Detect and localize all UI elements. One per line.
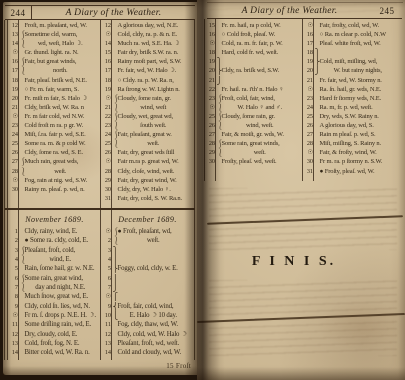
- day-number: 28: [205, 139, 217, 148]
- day-number: ☉: [101, 227, 113, 236]
- right-page: A Diary of the Weather. 245 15 Fr. m. ha…: [197, 0, 405, 380]
- diary-entry: 3 ⎰ Pleaſant, froſt, cold,: [8, 246, 101, 255]
- entry-text: weſt.: [117, 139, 194, 148]
- entry-text: Pleaſant, froſt, wd, weſt.: [117, 339, 194, 348]
- entry-text: Fr. miſt m fair, S. Halo ☽: [24, 94, 101, 103]
- entry-text: ○ Cldy. ra. p. W. Ra. n,: [117, 76, 194, 85]
- section-rule: [5, 208, 195, 210]
- day-number: 26: [8, 148, 20, 157]
- diary-entry: 12 A glorious day, wd, N.E.: [101, 21, 194, 30]
- diary-entry: 18 ⎫: [303, 48, 401, 57]
- entry-text: [319, 48, 401, 57]
- diary-entry: 12 Dry, cloudy, cold, E.: [8, 330, 101, 339]
- entry-text: Fair dry, briſk S.W. ra. n.: [117, 48, 194, 57]
- entry-text: Cold, froſt, fog, N. E.: [24, 339, 101, 348]
- day-number: 21: [8, 103, 20, 112]
- diary-entry: 18 ○ Cldy. ra. p. W. Ra. n,: [101, 76, 194, 85]
- day-number: 17: [101, 66, 113, 75]
- diary-column-september: 12 Froſt, m. pleaſant, wd, W. 13 ⎰ Somet…: [8, 21, 101, 203]
- day-number: 21: [205, 76, 217, 85]
- diary-entry: 16 Rainy moſt part, wd, S.W.: [101, 57, 194, 66]
- diary-entry: 25 ⎱ weſt.: [101, 139, 194, 148]
- diary-entry: 7 ⎱ day and night, N.E.: [8, 283, 101, 292]
- day-number: 18: [101, 76, 113, 85]
- entry-text: Ra. ſn. hail, gr. wds, N.E.: [319, 85, 401, 94]
- entry-text: Dry, wds, S.W. Rainy n.: [319, 112, 401, 121]
- diary-entry: ☉ ⎱ W. Halo ♀ and ♂.: [205, 103, 303, 112]
- diary-entry: 24 Miſt, ſ.ra. fair p. wd, S.E.: [8, 130, 101, 139]
- day-number: 11: [101, 320, 113, 329]
- day-number: 3: [8, 246, 20, 255]
- entry-text: Froſt, m. pleaſant, wd, W.: [24, 21, 101, 30]
- diary-entry: 20 Fr. miſt m fair, S. Halo ☽: [8, 94, 101, 103]
- entry-text: [117, 255, 194, 264]
- diary-entry: 27 Fair, & moiſt, gr. wds, W.: [205, 130, 303, 139]
- month-columns: November 1689. 1 Cldy, rainy, wind, E. 2: [8, 212, 194, 358]
- diary-entry: 25 ⎰ Cloudy, ſome rain, gr.: [205, 112, 303, 121]
- entry-text: Fair, dry, great wind, W.: [117, 176, 194, 185]
- day-number: 16: [205, 30, 217, 39]
- diary-entry: 17 ⎱ north.: [8, 66, 101, 75]
- day-number: 28: [8, 167, 20, 176]
- diary-entry: ☉ Ra. ſn. hail, gr. wds, N.E.: [303, 85, 401, 94]
- diary-entry: 15 Fair dry, briſk S.W. ra. n.: [101, 48, 194, 57]
- diary-entry: 28 Cldy, cloſe, wind, weſt.: [101, 167, 194, 176]
- day-number: 23: [101, 121, 113, 130]
- finis-text: F I N I S.: [197, 254, 391, 270]
- entry-text: Cldy, rainy, wind, E.: [24, 227, 101, 236]
- day-number: ☉: [8, 176, 20, 185]
- day-number: 4: [8, 255, 20, 264]
- day-number: ☉: [8, 48, 20, 57]
- running-title: A Diary of the Weather.: [207, 6, 372, 16]
- entry-text: Fr. hail. ra. i'th' n. Halo ♀: [221, 85, 303, 94]
- day-number: 2: [101, 236, 113, 245]
- entry-text: Fr. m. hail, ra p cold, W.: [221, 21, 303, 30]
- day-number: 24: [8, 130, 20, 139]
- diary-entry: 30 Rainy m. pleaſ. p. wd, n.: [8, 185, 101, 194]
- day-number: 25: [101, 139, 113, 148]
- entry-text: Some rain, great winds,: [221, 139, 303, 148]
- entry-text: weſt.: [24, 167, 101, 176]
- entry-text: [221, 76, 303, 85]
- diary-entry: 26 Fair, dry, great wds ſtill: [101, 148, 194, 157]
- diary-entry: 13 Pleaſant, froſt, wd, weſt.: [101, 339, 194, 348]
- diary-entry: 29 ⎱ weſt.: [205, 148, 303, 157]
- day-number: ☉: [8, 311, 20, 320]
- day-number: 30: [8, 185, 20, 194]
- diary-entry: 30 Froſty, pleaſ. wd, weſt.: [205, 157, 303, 166]
- diary-entry: ☉ Fr m. ſ. drops p. N.E. H. ☽.: [8, 311, 101, 320]
- diary-entry: 14 Cold and cloudy, wd, W.: [101, 348, 194, 357]
- entry-text: E. Halo ☽ 10 day.: [117, 311, 194, 320]
- day-number: 15: [101, 48, 113, 57]
- diary-entry: 3 ⎫: [101, 246, 194, 255]
- day-number: 28: [101, 167, 113, 176]
- entry-text: weſt.: [117, 236, 194, 245]
- diary-entry: 6 ⎰ Some rain, great wind,: [8, 274, 101, 283]
- running-title: A Diary of the Weather.: [32, 8, 195, 18]
- diary-entry: 14 Bitter cold, wd, W. Ra. n.: [8, 348, 101, 357]
- entry-text: Froſt, fair, cold, wind,: [117, 302, 194, 311]
- day-number: 22: [101, 112, 113, 121]
- entry-text: Cldy, ra. briſk wd, S.W.: [221, 66, 303, 75]
- day-number: 9: [101, 302, 113, 311]
- diary-entry: 15 Fr. m. hail, ra p cold, W.: [205, 21, 303, 30]
- entry-text: Rain, ſome hail, gr. w. N.E.: [24, 264, 101, 273]
- diary-entry: 28 ⎱ weſt.: [8, 167, 101, 176]
- entry-text: Bitter cold, wd, W. Ra. n.: [24, 348, 101, 357]
- diary-entry: 6 ⎪: [101, 274, 194, 283]
- entry-text: wind, weſt.: [221, 121, 303, 130]
- day-number: ☉: [101, 30, 113, 39]
- diary-entry: ☉ Fr. m fair cold, wd N.W.: [8, 112, 101, 121]
- day-number: 25: [8, 139, 20, 148]
- diary-entry: ☉ Fair, & froſty, wind, W.: [303, 148, 401, 157]
- diary-entry: 23 ⎰ Froſt, cold, fair, wind,: [205, 94, 303, 103]
- day-number: 18: [8, 76, 20, 85]
- day-number: 21: [303, 76, 315, 85]
- entry-text: Fair, pleaſant, great w.: [117, 130, 194, 139]
- day-number: 15: [205, 21, 217, 30]
- day-number: ☉: [8, 112, 20, 121]
- day-number: 13: [101, 339, 113, 348]
- day-number: 10: [101, 311, 113, 320]
- entry-text: Fog, rain at nig. wd, S.W.: [24, 176, 101, 185]
- day-number: 18: [303, 48, 315, 57]
- day-number: 23: [303, 94, 315, 103]
- diary-entry: 25 Some ra. m. & p cold W.: [8, 139, 101, 148]
- entry-text: Rainy moſt part, wd, S.W.: [117, 57, 194, 66]
- header-rule: [207, 18, 402, 19]
- diary-columns: 12 Froſt, m. pleaſant, wd, W. 13 ⎰ Somet…: [8, 21, 194, 203]
- diary-column-october: 12 A glorious day, wd, N.E. ☉ Cold, cldy…: [101, 21, 194, 203]
- entry-text: Much ra. wd, S.E. Ha. ☽: [117, 39, 194, 48]
- month-rows: 1 Cldy, rainy, wind, E. 2 ● Some ra. cld…: [8, 227, 101, 358]
- diary-entry: 23 Hard fr ſtormy wds, N.E.: [303, 94, 401, 103]
- diary-column-november: November 1689. 1 Cldy, rainy, wind, E. 2: [8, 212, 101, 358]
- entry-text: A glorious day, wd, N.E.: [117, 21, 194, 30]
- day-number: 27: [205, 130, 217, 139]
- entry-text: ● Some ra. cldy, cold, E.: [24, 236, 101, 245]
- day-number: 16: [101, 57, 113, 66]
- day-number: 29: [205, 148, 217, 157]
- entry-text: Rain m pleaſ. p. wd, S.: [319, 130, 401, 139]
- day-number: 14: [101, 39, 113, 48]
- diary-entry: 7 ⎭: [101, 283, 194, 292]
- day-number: 8: [8, 292, 20, 301]
- entry-text: Cold and cloudy, wd, W.: [117, 348, 194, 357]
- diary-entry: 21 Cldy, briſk wd, W. Ra. n: [8, 103, 101, 112]
- day-number: 26: [101, 148, 113, 157]
- day-number: 11: [8, 320, 20, 329]
- day-number: 31: [101, 194, 113, 203]
- diary-entry: 16 ○ Ra. m clear p. cold, N.W: [303, 30, 401, 39]
- day-number: 12: [8, 21, 20, 30]
- entry-text: Miſt, ſ.ra. fair p. wd, S.E.: [24, 130, 101, 139]
- entry-text: Sometime cld, warm,: [24, 30, 101, 39]
- diary-entry: 22 Fr. hail. ra. i'th' n. Halo ♀: [205, 85, 303, 94]
- day-number: 6: [101, 274, 113, 283]
- day-number: 23: [205, 94, 217, 103]
- day-number: 28: [303, 139, 315, 148]
- day-number: 12: [101, 330, 113, 339]
- day-number: 19: [8, 85, 20, 94]
- diary-entry: ☉ ⎰ Cloudy, ſome rain, gr.: [101, 94, 194, 103]
- day-number: 13: [8, 30, 20, 39]
- diary-entry: 10 ⎩ E. Halo ☽ 10 day.: [101, 311, 194, 320]
- entry-text: Miſt, miſling, S. Rainy n.: [319, 139, 401, 148]
- day-number: ☉: [303, 85, 315, 94]
- diary-entry: 27 Rain m pleaſ. p. wd, S.: [303, 130, 401, 139]
- diary-entry: 28 ⎰ Some rain, great winds,: [205, 139, 303, 148]
- diary-entry: 1 Cldy, rainy, wind, E.: [8, 227, 101, 236]
- entry-text: Hard fr ſtormy wds, N.E.: [319, 94, 401, 103]
- entry-text: day and night, N.E.: [24, 283, 101, 292]
- day-number: 16: [303, 30, 315, 39]
- entry-text: Hard, cold fr. wd, weſt.: [221, 48, 303, 57]
- entry-text: Some rain, great wind,: [24, 274, 101, 283]
- entry-text: Pleaſant, froſt, cold,: [24, 246, 101, 255]
- diary-entry: 5 ⎬ Foggy, cold, cldy, w. E.: [101, 264, 194, 273]
- entry-text: Fog, cldy, thaw, wd, W.: [117, 320, 194, 329]
- diary-entry: 21 ⎭: [205, 76, 303, 85]
- day-number: ☉: [101, 94, 113, 103]
- day-number: 20: [303, 66, 315, 75]
- diary-entry: 12 Cldy, cold, wd, W. Halo ☽: [101, 330, 194, 339]
- diary-entry: ☉ ⎧: [101, 292, 194, 301]
- top-rule: [207, 2, 403, 3]
- entry-text: Cldy, cold ſn. lies, wd, N.: [24, 302, 101, 311]
- diary-entry: 31 Fair, dry, cold, S. W. Ra.n.: [101, 194, 194, 203]
- day-number: 9: [8, 302, 20, 311]
- day-number: 13: [8, 339, 20, 348]
- entry-text: Gr. thund. light. ra. N.: [24, 48, 101, 57]
- diary-entry: 2 ⎱ weſt.: [101, 236, 194, 245]
- entry-text: Cloudy, ſome rain, gr.: [221, 112, 303, 121]
- month-heading: November 1689.: [8, 212, 101, 227]
- diary-entry: 4 ⎪: [101, 255, 194, 264]
- entry-text: Much ſnow, great wd, E.: [24, 292, 101, 301]
- diary-entry: 13 Cold, froſt, fog, N. E.: [8, 339, 101, 348]
- diary-entry: 11 Some driſling rain, wd, E.: [8, 320, 101, 329]
- entry-text: ○ Cold froſt, pleaſ. W.: [221, 30, 303, 39]
- entry-text: Froſty, pleaſ. wd, weſt.: [221, 157, 303, 166]
- diary-entry: ☉ Gr. thund. light. ra. N.: [8, 48, 101, 57]
- diary-entry: 20 ⎬ Cldy, ra. briſk wd, S.W.: [205, 66, 303, 75]
- entry-text: [117, 246, 194, 255]
- day-number: 20: [8, 94, 20, 103]
- entry-text: [221, 57, 303, 66]
- entry-text: Fair, & moiſt, gr. wds, W.: [221, 130, 303, 139]
- day-number: 22: [205, 85, 217, 94]
- entry-text: W. but rainy nights,: [319, 66, 401, 75]
- diary-entry: 26 A glorious day, wd, S.: [303, 121, 401, 130]
- entry-text: Ra ſtrong w. W. Lightn n.: [117, 85, 194, 94]
- entry-text: Froſt, cold, fair, wind,: [221, 94, 303, 103]
- entry-text: [117, 292, 194, 301]
- day-number: 26: [205, 121, 217, 130]
- diary-entry: 5 Rain, ſome hail, gr. w. N.E.: [8, 264, 101, 273]
- month-heading: December 1689.: [101, 212, 194, 227]
- diary-entry: 4 ⎱ wind, E.: [8, 255, 101, 264]
- day-number: 17: [303, 39, 315, 48]
- day-number: 23: [8, 121, 20, 130]
- diary-entry: 22 ⎰ Cloudy, wet, great wd,: [101, 112, 194, 121]
- diary-entry: 9 ⎨ Froſt, fair, cold, wind,: [101, 302, 194, 311]
- diary-entry: 21 ⎱ wind, weſt: [101, 103, 194, 112]
- diary-entry: 16 ○ Cold froſt, pleaſ. W.: [205, 30, 303, 39]
- entry-text: Pleaſ. white froſt, wd, W.: [319, 39, 401, 48]
- diary-entry: 11 Fog, cldy, thaw, wd, W.: [101, 320, 194, 329]
- page-number: 245: [372, 6, 402, 16]
- day-number: 2: [8, 236, 20, 245]
- page-number: 244: [5, 8, 31, 18]
- day-number: 6: [8, 274, 20, 283]
- entry-text: weſt.: [221, 148, 303, 157]
- diary-entry: 24 ⎰ Fair, pleaſant, great w.: [101, 130, 194, 139]
- diary-entry: 12 Froſt, m. pleaſant, wd, W.: [8, 21, 101, 30]
- day-number: 29: [101, 176, 113, 185]
- entry-text: Fair, & froſty, wind, W.: [319, 148, 401, 157]
- entry-text: Cold, cldy, ra. p. & n. E.: [117, 30, 194, 39]
- day-number: 14: [101, 348, 113, 357]
- day-number: 1: [8, 227, 20, 236]
- diary-column-november-cont: 15 Fr. m. hail, ra p cold, W. 16 ○ Cold …: [205, 21, 303, 176]
- entry-text: A glorious day, wd, S.: [319, 121, 401, 130]
- diary-entry: 26 ⎱ wind, weſt.: [205, 121, 303, 130]
- diary-entry: 9 Cldy, cold ſn. lies, wd, N.: [8, 302, 101, 311]
- catchword: 15 Froſt: [166, 362, 191, 370]
- day-number: ☉: [303, 21, 315, 30]
- entry-text: Cloudy, wet, great wd,: [117, 112, 194, 121]
- day-number: 5: [8, 264, 20, 273]
- entry-text: W. Halo ♀ and ♂.: [221, 103, 303, 112]
- diary-columns: 15 Fr. m. hail, ra p cold, W. 16 ○ Cold …: [205, 21, 401, 176]
- diary-entry: 19 ○ Fr. m. fair, warm, S.: [8, 85, 101, 94]
- day-number: 4: [101, 255, 113, 264]
- entry-text: wind, weſt: [117, 103, 194, 112]
- diary-entry: ☉ ⎰ ● Froſt, pleaſant, wd,: [101, 227, 194, 236]
- day-number: 30: [205, 157, 217, 166]
- entry-text: Cldy, cold, wd, W. Halo ☽: [117, 330, 194, 339]
- day-number: 14: [8, 348, 20, 357]
- diary-entry: 20 ⎭ W. but rainy nights,: [303, 66, 401, 75]
- entry-text: Fair, pleaſ. briſk wd, N.E.: [24, 76, 101, 85]
- diary-entry: 29 Fair, dry, great wind, W.: [101, 176, 194, 185]
- diary-entry: 21 Fr. fair, wd, W. Stormy n.: [303, 76, 401, 85]
- entry-text: Foggy, cold, cldy, w. E.: [117, 264, 194, 273]
- diary-entry: ☉ Fair m.ra p. great wd, W.: [101, 157, 194, 166]
- day-number: ☉: [101, 292, 113, 301]
- entry-text: Cldy, cloſe, wind, weſt.: [117, 167, 194, 176]
- column-rule: [194, 20, 195, 360]
- day-number: ☉: [205, 39, 217, 48]
- day-number: 14: [8, 39, 20, 48]
- entry-text: Dry, cloudy, cold, E.: [24, 330, 101, 339]
- day-number: 30: [101, 185, 113, 194]
- entry-text: Cldy, briſk wd, W. Ra. n: [24, 103, 101, 112]
- entry-text: Rainy m. pleaſ. p. wd, n.: [24, 185, 101, 194]
- day-number: 17: [8, 66, 20, 75]
- diary-entry: 31 ● Froſty, pleaſ. wd, W.: [303, 167, 401, 176]
- entry-text: Cldy, ſome ra. wd, S. E.: [24, 148, 101, 157]
- entry-text: Fr. fair, wd, W. Stormy n.: [319, 76, 401, 85]
- entry-text: Much rain, great wds,: [24, 157, 101, 166]
- entry-text: Fair m.ra p. great wd, W.: [117, 157, 194, 166]
- entry-text: Cold, ra. m. fr. fair, p. W.: [221, 39, 303, 48]
- day-number: 19: [101, 85, 113, 94]
- entry-text: Some driſling rain, wd, E.: [24, 320, 101, 329]
- entry-text: Cold, miſt, miſling, wd,: [319, 57, 401, 66]
- diary-column-december-cont: ☉ Fair, froſty, cold, wd, W. 16 ○ Ra. m …: [303, 21, 401, 176]
- margin-rule: [4, 20, 5, 360]
- day-number: 24: [101, 130, 113, 139]
- day-number: 5: [101, 264, 113, 273]
- right-page-header: A Diary of the Weather. 245: [207, 4, 402, 17]
- entry-text: Cldy, dry, W. Halo ♀.: [117, 185, 194, 194]
- day-number: 19: [205, 57, 217, 66]
- entry-text: Cloudy, ſome rain, gr.: [117, 94, 194, 103]
- day-number: 31: [303, 167, 315, 176]
- entry-text: Fair, froſty, cold, wd, W.: [319, 21, 401, 30]
- left-page-header: 244 A Diary of the Weather.: [5, 6, 195, 19]
- diary-entry: ☉ Fair, froſty, cold, wd, W.: [303, 21, 401, 30]
- day-number: 20: [205, 66, 217, 75]
- entry-text: [117, 274, 194, 283]
- day-number: 27: [303, 130, 315, 139]
- day-number: 7: [8, 283, 20, 292]
- day-number: 12: [101, 21, 113, 30]
- day-number: ☉: [101, 157, 113, 166]
- day-number: 12: [8, 330, 20, 339]
- day-number: 27: [8, 157, 20, 166]
- diary-entry: ☉ Cold, cldy, ra. p. & n. E.: [101, 30, 194, 39]
- month-rows: ☉ ⎰ ● Froſt, pleaſant, wd, 2 ⎱ weſt. 3: [101, 227, 194, 358]
- entry-text: Fair, but great winds,: [24, 57, 101, 66]
- left-page: 244 A Diary of the Weather. 12 Froſt, m.…: [3, 2, 197, 375]
- day-number: 26: [303, 121, 315, 130]
- entry-text: Fr. fair, wd, W. Halo ☽.: [117, 66, 194, 75]
- diary-entry: 23 Cold froſt m ra. p gr. W.: [8, 121, 101, 130]
- book-scan: 244 A Diary of the Weather. 12 Froſt, m.…: [0, 0, 405, 380]
- entry-text: [117, 283, 194, 292]
- diary-entry: 14 ⎱ wd, weſt, Halo ☽.: [8, 39, 101, 48]
- entry-text: ○ Ra. m clear p. cold, N.W: [319, 30, 401, 39]
- entry-text: Fr m. ra. p ſtormy n. S.W.: [319, 157, 401, 166]
- diary-entry: 17 Pleaſ. white froſt, wd, W.: [303, 39, 401, 48]
- day-number: 25: [303, 112, 315, 121]
- diary-entry: 28 Miſt, miſling, S. Rainy n.: [303, 139, 401, 148]
- diary-entry: 24 Ra. m, fr. p. wd, weſt.: [303, 103, 401, 112]
- day-number: 3: [101, 246, 113, 255]
- diary-entry: 23 ⎱ ſouth weſt.: [101, 121, 194, 130]
- diary-entry: 27 ⎰ Much rain, great wds,: [8, 157, 101, 166]
- diary-entry: 19 Ra ſtrong w. W. Lightn n.: [101, 85, 194, 94]
- entry-text: wind, E.: [24, 255, 101, 264]
- diary-entry: 13 ⎰ Sometime cld, warm,: [8, 30, 101, 39]
- day-number: 7: [101, 283, 113, 292]
- day-number: ☉: [303, 148, 315, 157]
- entry-text: ſouth weſt.: [117, 121, 194, 130]
- entry-text: ● Froſt, pleaſant, wd,: [117, 227, 194, 236]
- entry-text: Cold froſt m ra. p gr. W.: [24, 121, 101, 130]
- entry-text: north.: [24, 66, 101, 75]
- entry-text: Some ra. m. & p cold W.: [24, 139, 101, 148]
- entry-text: Fr. m fair cold, wd N.W.: [24, 112, 101, 121]
- diary-entry: ☉ Fog, rain at nig. wd, S.W.: [8, 176, 101, 185]
- day-number: 19: [303, 57, 315, 66]
